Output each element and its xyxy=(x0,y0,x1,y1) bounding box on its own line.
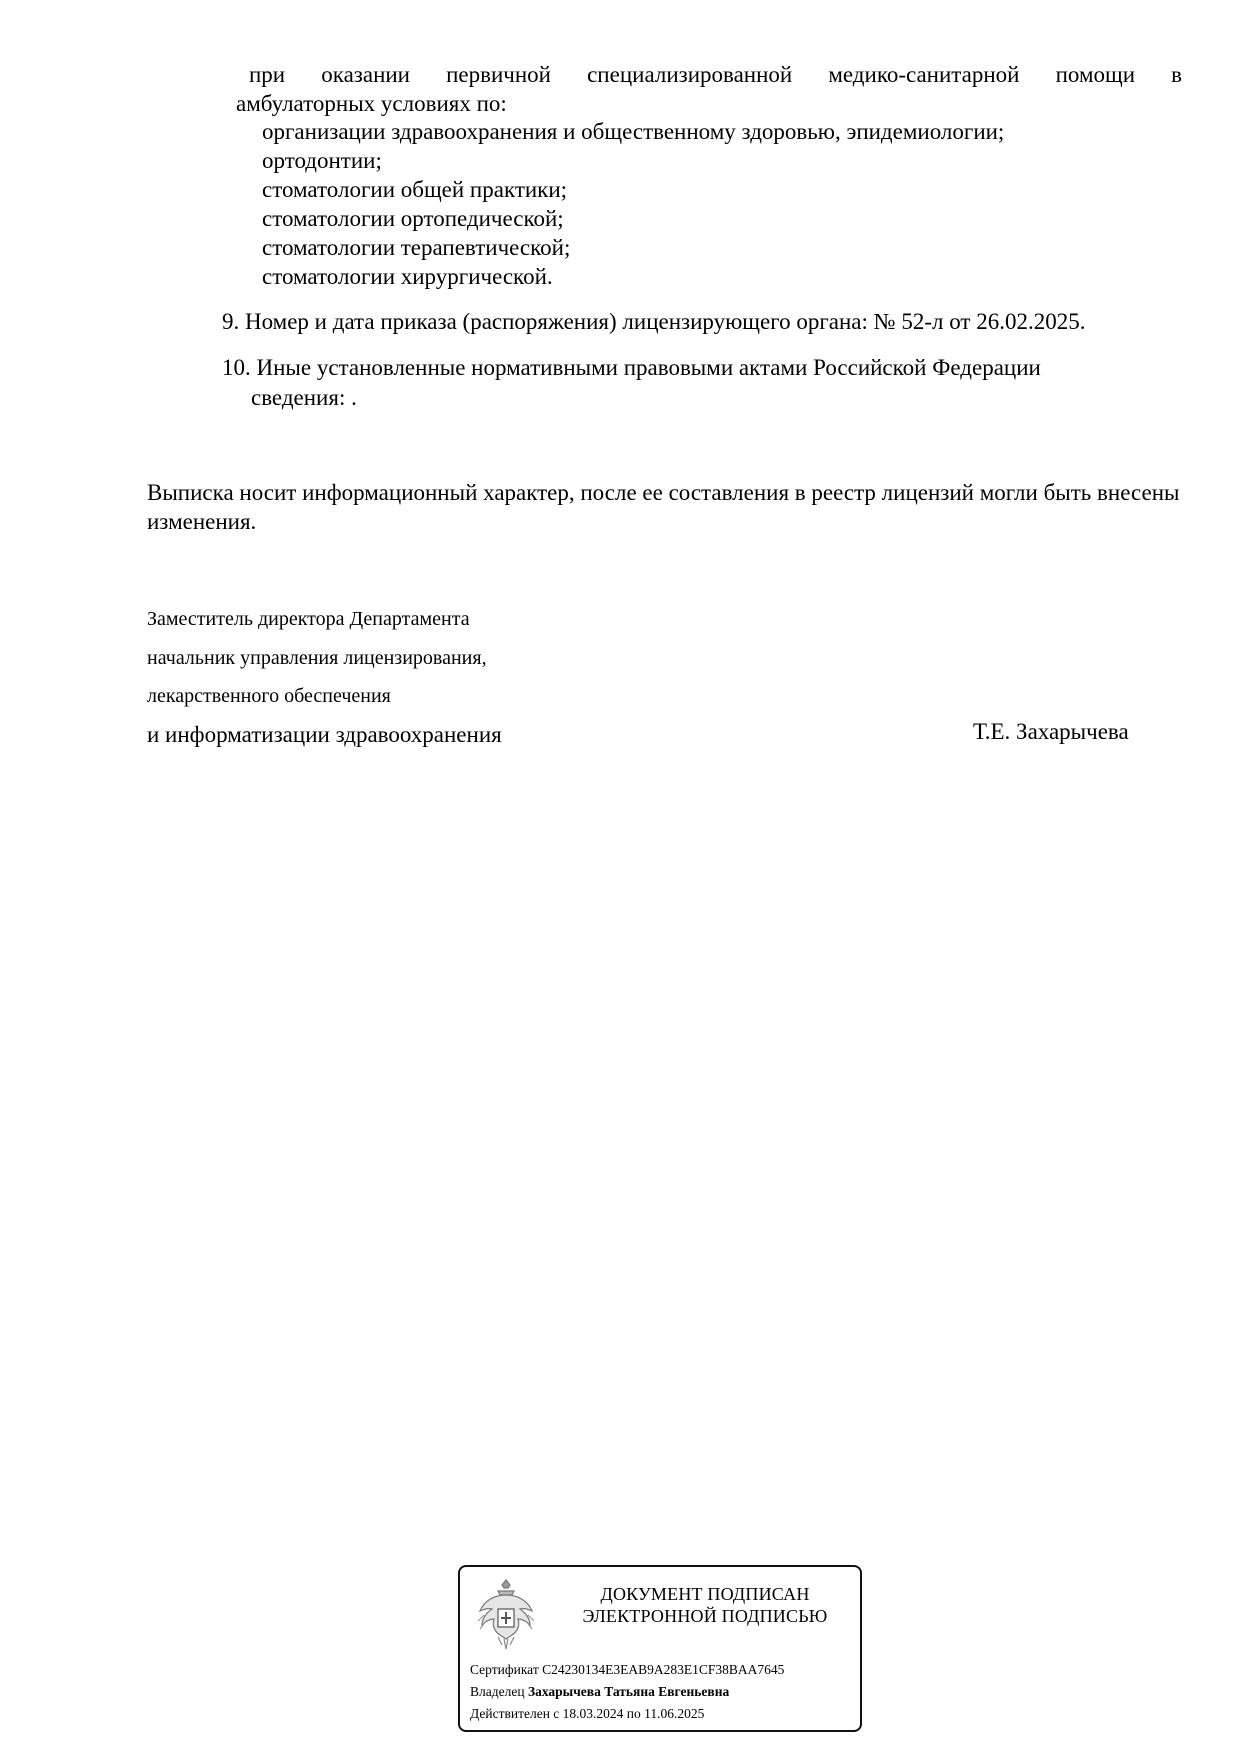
service-item: стоматологии терапевтической; xyxy=(262,233,1004,262)
services-list: организации здравоохранения и общественн… xyxy=(262,117,1004,291)
service-item: стоматологии хирургической. xyxy=(262,262,1004,291)
position-line: Заместитель директора Департамента xyxy=(147,600,502,639)
owner-row: Владелец Захарычева Татьяна Евгеньевна xyxy=(470,1681,784,1703)
signatory-position: Заместитель директора Департамента начал… xyxy=(147,600,502,754)
certificate-value: C24230134E3EAB9A283E1CF38BAA7645 xyxy=(542,1662,784,1677)
intro-line-2: амбулаторных условиях по: xyxy=(236,89,1182,118)
service-item: ортодонтии; xyxy=(262,146,1004,175)
position-line: лекарственного обеспечения xyxy=(147,677,502,716)
certificate-label: Сертификат xyxy=(470,1662,539,1677)
stamp-title-line-2: ЭЛЕКТРОННОЙ ПОДПИСЬЮ xyxy=(555,1605,855,1627)
position-line: начальник управления лицензирования, xyxy=(147,639,502,678)
intro-line-1: при оказании первичной специализированно… xyxy=(236,60,1182,89)
other-info-line-2: сведения: . xyxy=(222,383,1182,413)
e-signature-stamp: ДОКУМЕНТ ПОДПИСАН ЭЛЕКТРОННОЙ ПОДПИСЬЮ С… xyxy=(458,1565,862,1732)
stamp-details: Сертификат C24230134E3EAB9A283E1CF38BAA7… xyxy=(470,1659,784,1725)
owner-label: Владелец xyxy=(470,1684,525,1699)
other-info-item: 10. Иные установленные нормативными прав… xyxy=(222,353,1182,413)
service-item: стоматологии общей практики; xyxy=(262,175,1004,204)
disclaimer-notice: Выписка носит информационный характер, п… xyxy=(147,478,1182,536)
service-item: стоматологии ортопедической; xyxy=(262,204,1004,233)
other-info-line-1: 10. Иные установленные нормативными прав… xyxy=(222,355,1041,380)
intro-paragraph: при оказании первичной специализированно… xyxy=(236,60,1182,118)
owner-value: Захарычева Татьяна Евгеньевна xyxy=(528,1684,729,1699)
signer-name: Т.Е. Захарычева xyxy=(973,717,1129,746)
stamp-title-line-1: ДОКУМЕНТ ПОДПИСАН xyxy=(555,1583,855,1605)
validity-row: Действителен с 18.03.2024 по 11.06.2025 xyxy=(470,1703,784,1725)
stamp-title: ДОКУМЕНТ ПОДПИСАН ЭЛЕКТРОННОЙ ПОДПИСЬЮ xyxy=(555,1583,855,1627)
position-line: и информатизации здравоохранения xyxy=(147,716,502,755)
certificate-row: Сертификат C24230134E3EAB9A283E1CF38BAA7… xyxy=(470,1659,784,1681)
document-page: при оказании первичной специализированно… xyxy=(0,0,1241,1754)
order-number-item: 9. Номер и дата приказа (распоряжения) л… xyxy=(222,307,1085,336)
coat-of-arms-icon xyxy=(474,1577,538,1651)
service-item: организации здравоохранения и общественн… xyxy=(262,117,1004,146)
